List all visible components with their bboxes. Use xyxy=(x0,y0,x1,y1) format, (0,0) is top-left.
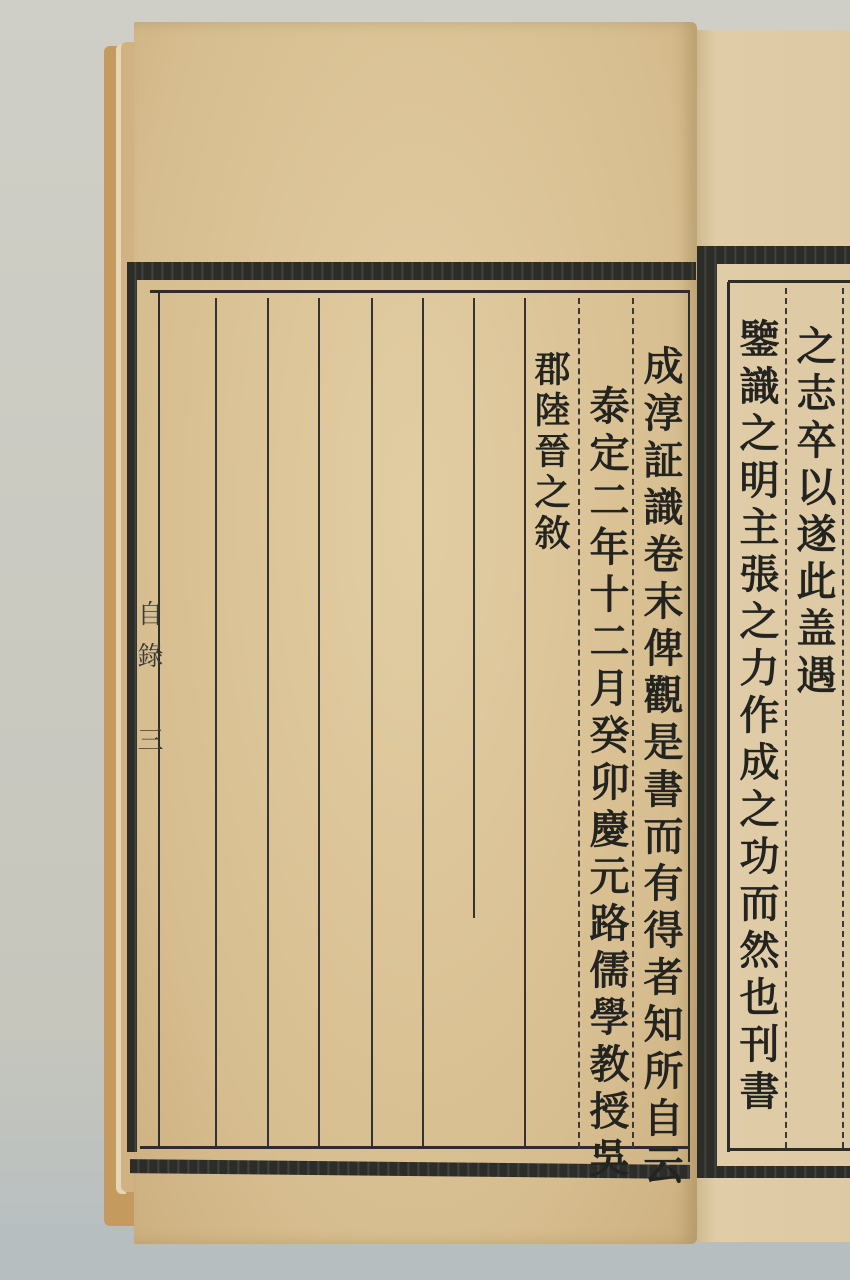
column-rule xyxy=(371,298,373,1146)
column-rule xyxy=(215,298,217,1146)
column-rule-dashed xyxy=(578,298,580,1148)
column-rule-dashed xyxy=(632,298,634,1148)
right-column-rule xyxy=(842,288,844,1148)
right-text-column-1: 之志卒以遂此盖遇 xyxy=(790,325,836,701)
column-rule xyxy=(267,298,269,1146)
right-top-border xyxy=(697,246,850,264)
left-text-column-1: 成淳証識卷末俾觀是書而有得者知所自云 xyxy=(637,345,683,1191)
column-rule xyxy=(473,298,475,918)
right-inner-bottom-rule xyxy=(727,1148,850,1151)
right-inner-left-rule xyxy=(727,282,730,1152)
left-inner-top-rule xyxy=(150,290,690,293)
right-bottom-border xyxy=(697,1166,850,1178)
column-rule xyxy=(524,298,526,1146)
left-right-rule xyxy=(688,292,690,1162)
left-text-column-2: 泰定二年十二月癸卯慶元路儒學教授吳 xyxy=(583,385,629,1184)
right-column-rule xyxy=(785,288,787,1148)
fold-column-text: 自錄 三 xyxy=(130,600,167,980)
right-text-column-2: 鑒識之明主張之力作成之功而然也刊書 xyxy=(733,318,779,1117)
column-rule xyxy=(318,298,320,1146)
left-text-column-3: 郡陸晉之敘 xyxy=(527,350,573,555)
right-fold-border xyxy=(697,262,717,1172)
right-inner-top-rule xyxy=(728,280,850,283)
left-top-border xyxy=(134,262,696,280)
column-rule xyxy=(422,298,424,1146)
